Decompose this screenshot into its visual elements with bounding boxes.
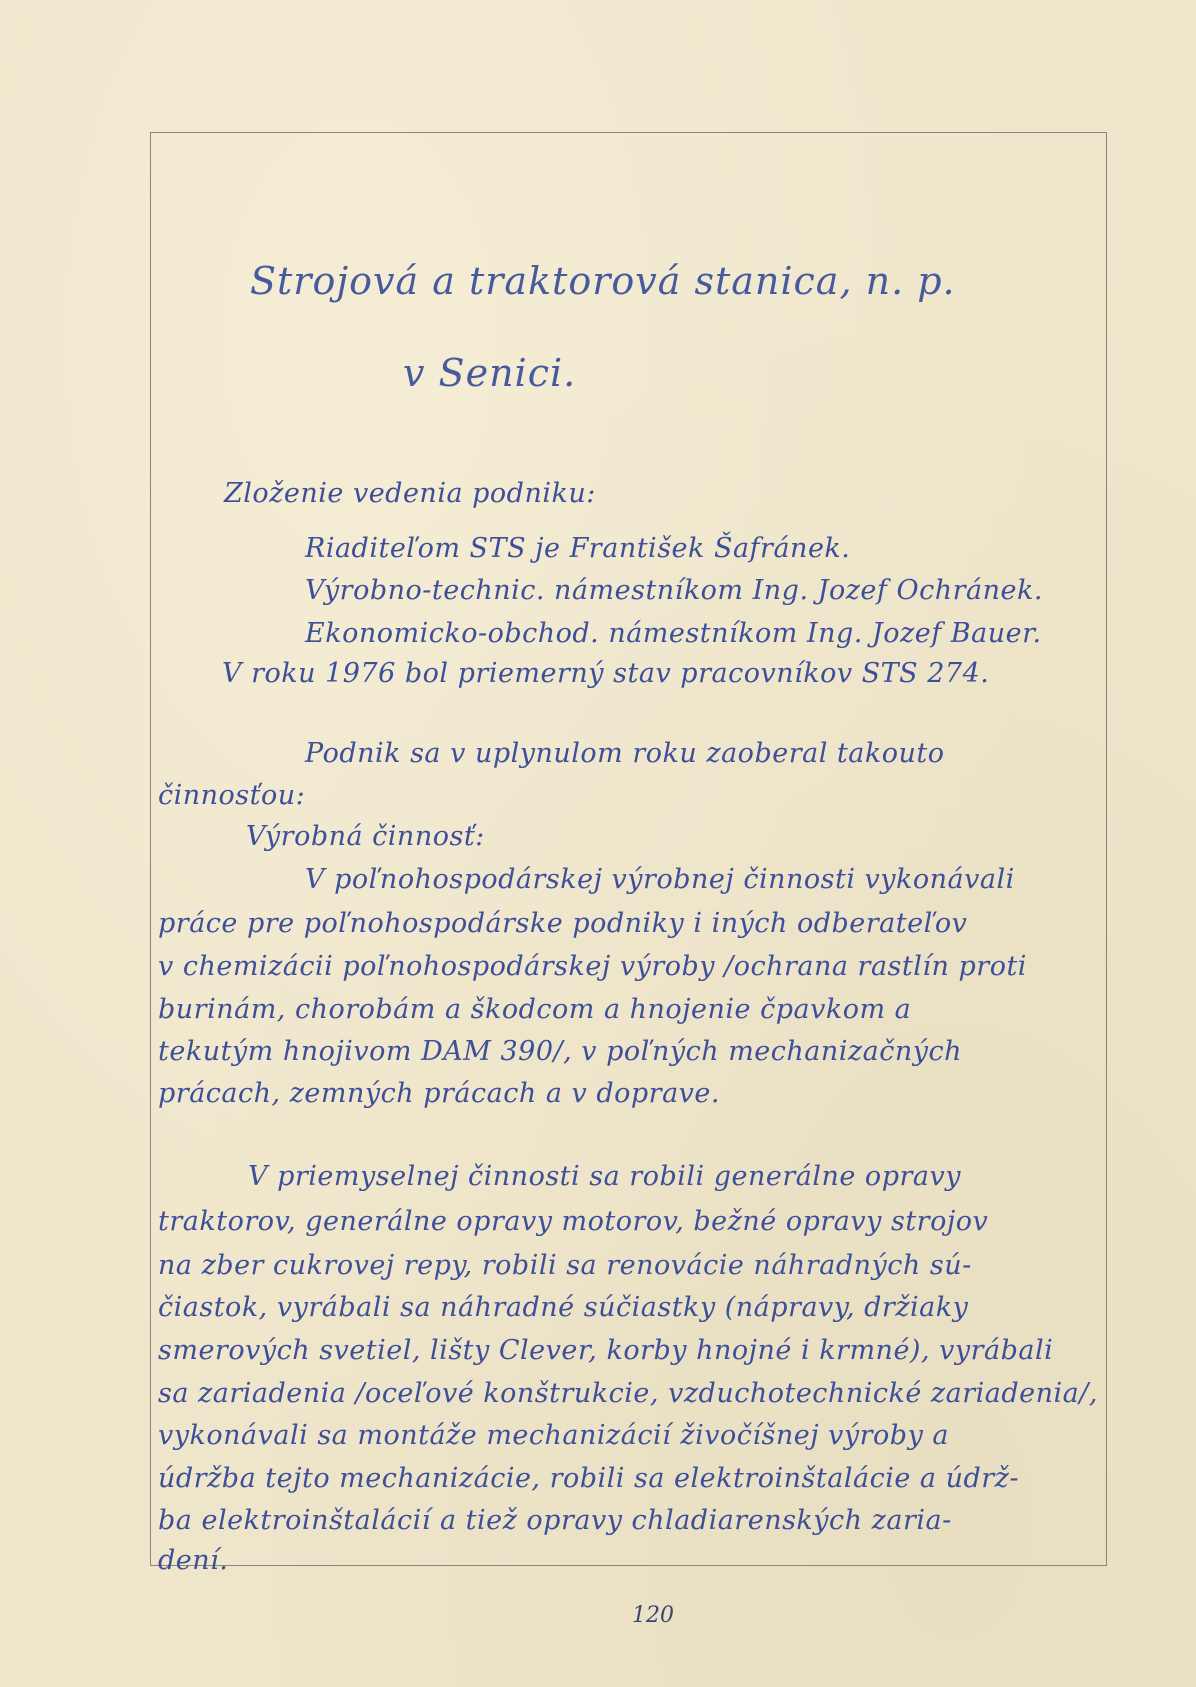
title-line-2: v Senici. [403, 354, 576, 392]
management-heading: Zloženie vedenia podniku: [224, 480, 596, 507]
activities-intro-line-2: činnosťou: [158, 782, 305, 809]
title-line-1: Strojová a traktorová stanica, n. p. [250, 262, 956, 300]
management-member-director: Riaditeľom STS je František Šafránek. [305, 535, 850, 562]
paragraph2-line: dení. [158, 1547, 228, 1574]
management-member-technical-deputy: Výrobno-technic. námestníkom Ing. Jozef … [305, 577, 1043, 604]
paragraph2-line: údržba tejto mechanizácie, robili sa ele… [158, 1465, 1019, 1492]
paragraph2-line: na zber cukrovej repy, robili sa renovác… [158, 1252, 972, 1279]
paragraph2-line: V priemyselnej činnosti sa robili generá… [248, 1163, 961, 1190]
management-member-economic-deputy: Ekonomicko-obchod. námestníkom Ing. Joze… [305, 620, 1042, 647]
paragraph2-line: ba elektroinštalácií a tiež opravy chlad… [158, 1507, 952, 1534]
staff-count-line: V roku 1976 bol priemerný stav pracovník… [222, 660, 989, 687]
paragraph2-line: smerových svetiel, lišty Clever, korby h… [158, 1337, 1053, 1364]
section-heading-production: Výrobná činnosť: [246, 823, 485, 850]
paragraph2-line: čiastok, vyrábali sa náhradné súčiastky … [158, 1294, 968, 1321]
page-number: 120 [632, 1603, 674, 1628]
paragraph1-line: v chemizácii poľnohospodárskej výroby /o… [158, 953, 1027, 980]
paragraph1-line: V poľnohospodárskej výrobnej činnosti vy… [305, 866, 1015, 893]
paragraph1-line: práce pre poľnohospodárske podniky i iný… [158, 910, 967, 937]
activities-intro-line-1: Podnik sa v uplynulom roku zaoberal tako… [305, 740, 944, 767]
paragraph1-line: burinám, chorobám a škodcom a hnojenie č… [158, 996, 911, 1023]
paragraph2-line: vykonávali sa montáže mechanizácií živoč… [158, 1422, 949, 1449]
paragraph1-line: tekutým hnojivom DAM 390/, v poľných mec… [158, 1038, 962, 1065]
paragraph1-line: prácach, zemných prácach a v doprave. [158, 1080, 720, 1107]
paragraph2-line: sa zariadenia /oceľové konštrukcie, vzdu… [158, 1380, 1098, 1407]
paragraph2-line: traktorov, generálne opravy motorov, bež… [158, 1208, 988, 1235]
